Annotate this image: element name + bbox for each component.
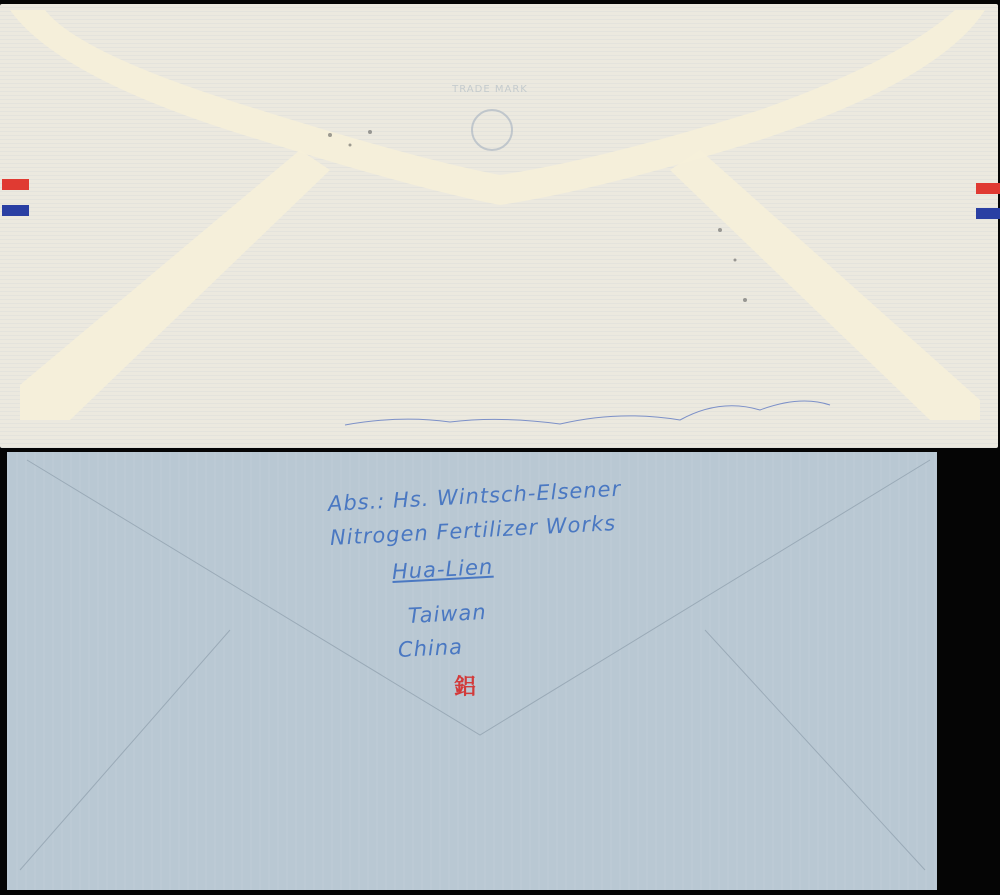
bottom-envelope-flaps xyxy=(0,0,1000,895)
sender-line-4: Taiwan xyxy=(407,600,487,628)
red-seal-stamp: 鋁 xyxy=(453,676,477,700)
sender-line-5: China xyxy=(397,635,463,662)
